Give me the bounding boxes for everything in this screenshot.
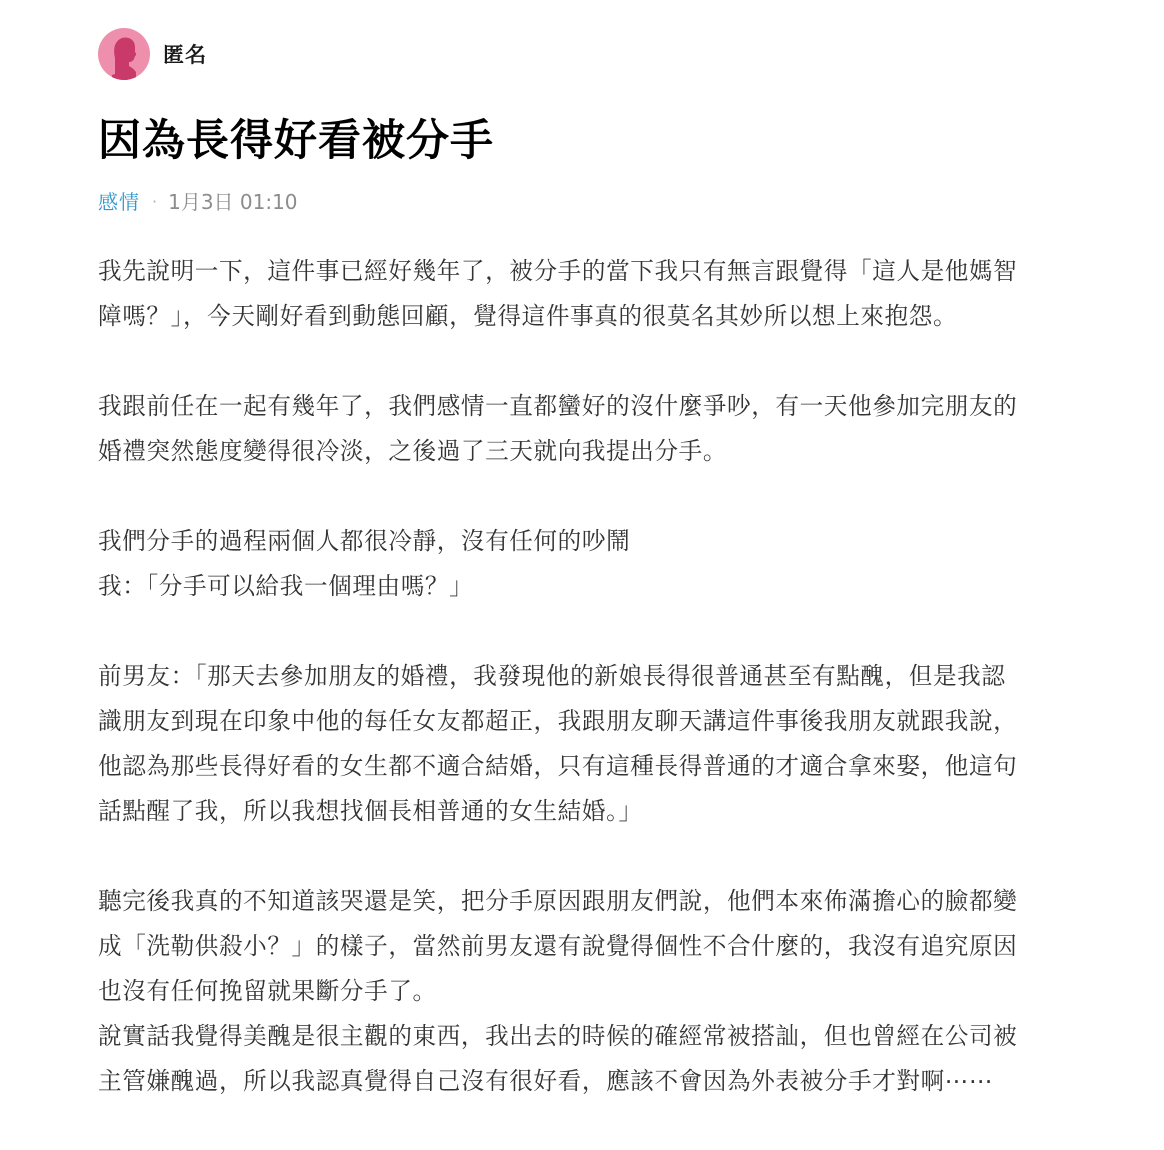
paragraph-gap (98, 834, 1083, 879)
category-link[interactable]: 感情 (98, 188, 140, 216)
content-line: 我：「分手可以給我一個理由嗎？」 (98, 564, 1083, 609)
paragraph-gap (98, 474, 1083, 519)
content-line: 婚禮突然態度變得很冷淡，之後過了三天就向我提出分手。 (98, 429, 1083, 474)
content-line: 主管嫌醜過，所以我認真覺得自己沒有很好看，應該不會因為外表被分手才對啊⋯⋯ (98, 1059, 1083, 1104)
content-line: 我們分手的過程兩個人都很冷靜，沒有任何的吵鬧 (98, 519, 1083, 564)
content-line: 他認為那些長得好看的女生都不適合結婚，只有這種長得普通的才適合拿來娶，他這句 (98, 744, 1083, 789)
paragraph-gap (98, 609, 1083, 654)
avatar[interactable] (98, 28, 150, 80)
author-name[interactable]: 匿名 (163, 39, 207, 69)
content-line: 話點醒了我，所以我想找個長相普通的女生結婚。」 (98, 789, 1083, 834)
content-line: 說實話我覺得美醜是很主觀的東西，我出去的時候的確經常被搭訕，但也曾經在公司被 (98, 1014, 1083, 1059)
content-line: 也沒有任何挽留就果斷分手了。 (98, 969, 1083, 1014)
post-content: 我先說明一下，這件事已經好幾年了，被分手的當下我只有無言跟覺得「這人是他媽智 障… (98, 249, 1083, 1104)
post-title: 因為長得好看被分手 (98, 112, 494, 170)
paragraph-gap (98, 339, 1083, 384)
content-line: 識朋友到現在印象中他的每任女友都超正，我跟朋友聊天講這件事後我朋友就跟我說， (98, 699, 1083, 744)
post-meta: 感情 · 1月3日 01:10 (98, 188, 298, 216)
post-timestamp: 1月3日 01:10 (168, 188, 297, 216)
meta-separator: · (152, 188, 157, 216)
female-silhouette-icon (98, 28, 150, 80)
author-row[interactable]: 匿名 (98, 28, 207, 80)
content-line: 聽完後我真的不知道該哭還是笑，把分手原因跟朋友們說，他們本來佈滿擔心的臉都變 (98, 879, 1083, 924)
content-line: 我先說明一下，這件事已經好幾年了，被分手的當下我只有無言跟覺得「這人是他媽智 (98, 249, 1083, 294)
content-line: 前男友：「那天去參加朋友的婚禮，我發現他的新娘長得很普通甚至有點醜，但是我認 (98, 654, 1083, 699)
content-line: 我跟前任在一起有幾年了，我們感情一直都蠻好的沒什麼爭吵，有一天他參加完朋友的 (98, 384, 1083, 429)
content-line: 障嗎？」，今天剛好看到動態回顧，覺得這件事真的很莫名其妙所以想上來抱怨。 (98, 294, 1083, 339)
content-line: 成「洗勒供殺小？」的樣子，當然前男友還有說覺得個性不合什麼的，我沒有追究原因 (98, 924, 1083, 969)
